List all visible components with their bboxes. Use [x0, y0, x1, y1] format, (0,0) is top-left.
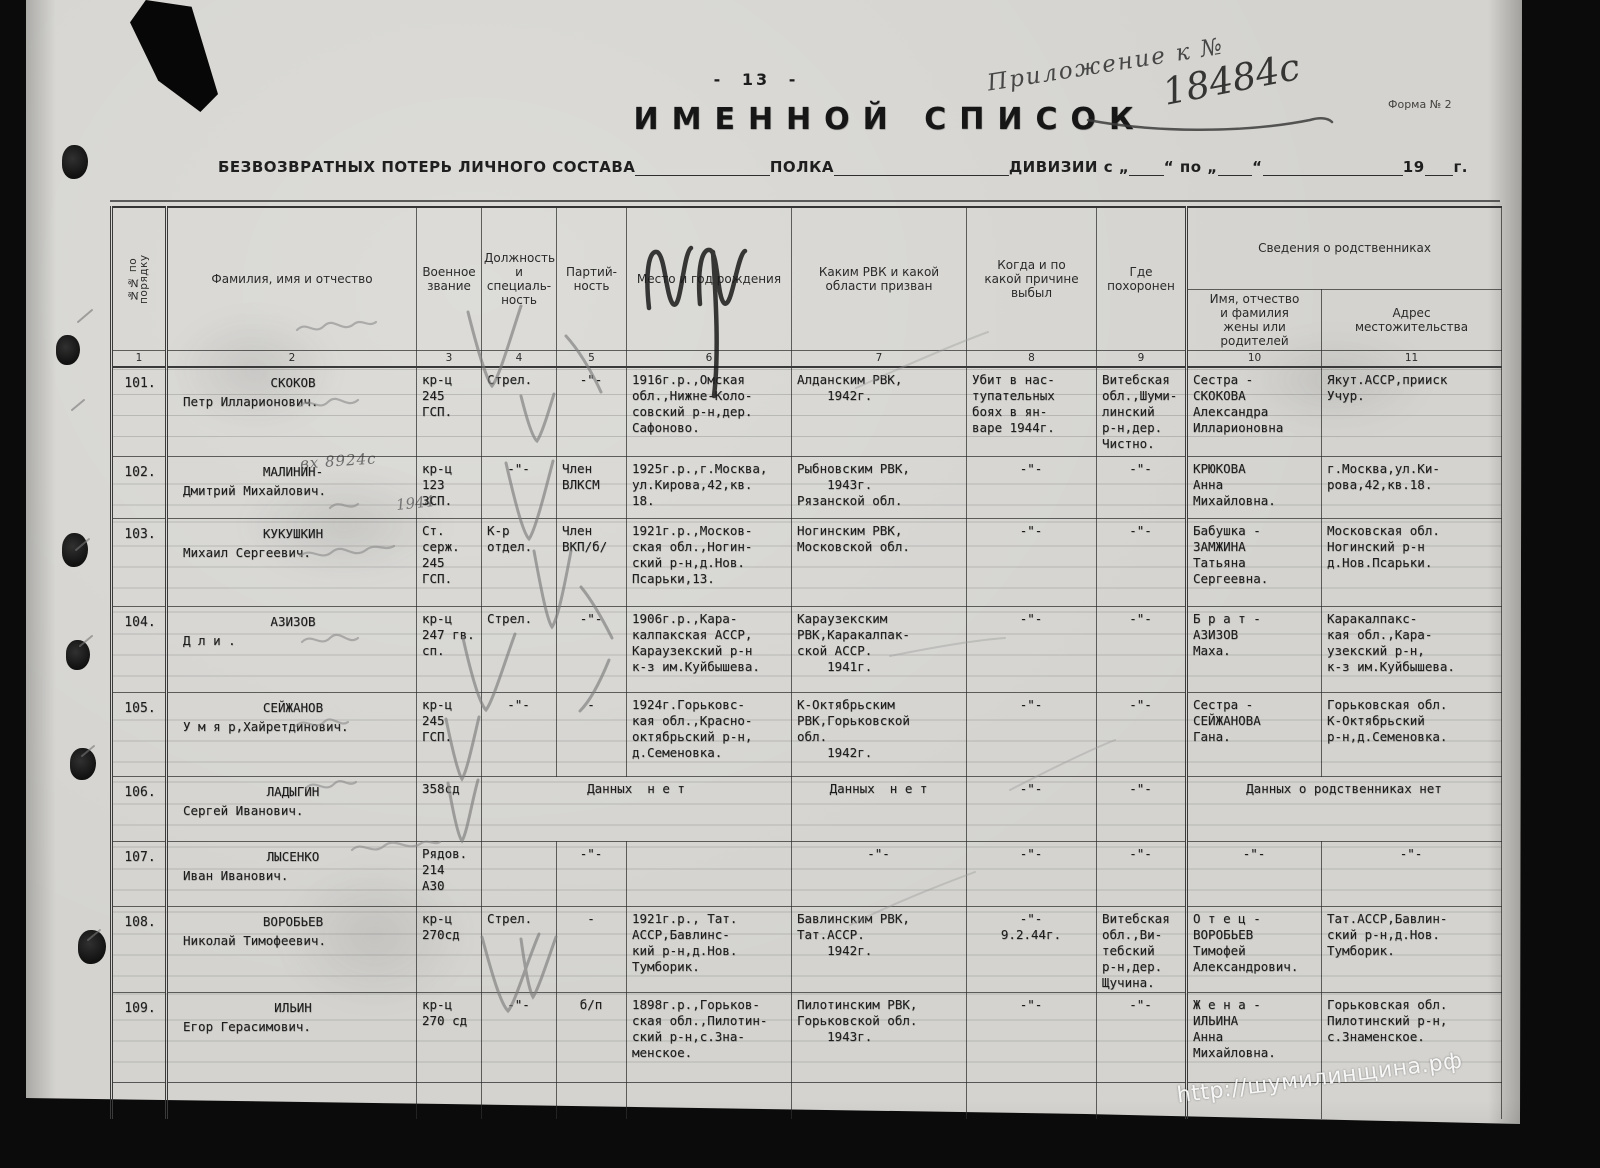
cell: Рыбновским РВК, 1943г. Рязанской обл. [792, 457, 967, 519]
cell: 102. [112, 457, 167, 519]
cell: Сестра - СКОКОВА Александра Илларионовна [1187, 367, 1322, 457]
cell: - [557, 907, 627, 993]
col-header-birth: Место и год рождения [627, 207, 792, 350]
cell: ЛАДЫГИНСергей Иванович. [167, 777, 417, 842]
cell: Стрел. [482, 607, 557, 693]
surname: СЕЙЖАНОВ [173, 697, 413, 716]
given-names: Егор Герасимович. [173, 1016, 413, 1035]
cell: -"- [1097, 993, 1187, 1083]
table-row-103: 103.КУКУШКИНМихаил Сергеевич.Ст. серж. 2… [112, 519, 1502, 607]
empty-cell [627, 1083, 792, 1119]
given-names: Сергей Иванович. [173, 800, 413, 819]
cell: Московская обл. Ногинский р-н д.Нов.Псар… [1322, 519, 1502, 607]
blank-line [1218, 159, 1253, 176]
blank-line [1129, 159, 1164, 176]
cell: Ногинским РВК, Московской обл. [792, 519, 967, 607]
cell: -"- [482, 993, 557, 1083]
col-num: 10 [1187, 350, 1322, 367]
cell: г.Москва,ул.Ки- рова,42,кв.18. [1322, 457, 1502, 519]
table-row-108: 108.ВОРОБЬЕВНиколай Тимофеевич.кр-ц 270с… [112, 907, 1502, 993]
cell: -"- [482, 693, 557, 777]
table-row-105: 105.СЕЙЖАНОВУ м я р,Хайретдинович.кр-ц 2… [112, 693, 1502, 777]
given-names: Михаил Сергеевич. [173, 542, 413, 561]
cell: ВОРОБЬЕВНиколай Тимофеевич. [167, 907, 417, 993]
cell: Стрел. [482, 907, 557, 993]
col-header-num: №№ по порядку [112, 207, 167, 350]
cell: О т е ц - ВОРОБЬЕВ Тимофей Александрович… [1187, 907, 1322, 993]
polka-label: ПОЛКА [770, 158, 834, 176]
surname: АЗИЗОВ [173, 611, 413, 630]
quote-label: “ [1252, 158, 1262, 176]
cell: -"- [1097, 457, 1187, 519]
cell: Данных о родственниках нет [1187, 777, 1502, 842]
table-row-102: 102.МАЛИНИН-Дмитрий Михайлович.кр-ц 123 … [112, 457, 1502, 519]
col-header-position: Должность и специаль- ность [482, 207, 557, 350]
losses-subtitle-line: БЕЗВОЗВРАТНЫХ ПОТЕРЬ ЛИЧНОГО СОСТАВА ПОЛ… [218, 158, 1468, 176]
cell: ИЛЬИНЕгор Герасимович. [167, 993, 417, 1083]
cell: Алданским РВК, 1942г. [792, 367, 967, 457]
cell [627, 842, 792, 907]
document-title: ИМЕННОЙ СПИСОК [570, 102, 1210, 137]
cell: кр-ц 270 сд [417, 993, 482, 1083]
cell: кр-ц 247 гв. сп. [417, 607, 482, 693]
col-num: 2 [167, 350, 417, 367]
col-num: 9 [1097, 350, 1187, 367]
cell: 103. [112, 519, 167, 607]
cell: Сестра - СЕЙЖАНОВА Гана. [1187, 693, 1322, 777]
division-label: ДИВИЗИИ с „ [1009, 158, 1129, 176]
cell: -"- [482, 457, 557, 519]
cell: 1921г.р.,Москов- ская обл.,Ногин- ский р… [627, 519, 792, 607]
relatives-header: Сведения о родственниках [1187, 207, 1502, 289]
col-num: 7 [792, 350, 967, 367]
empty-cell [792, 1083, 967, 1119]
cell: Караузекским РВК,Каракалпак- ской АССР. … [792, 607, 967, 693]
table-row-101: 101.СКОКОВПетр Илларионович.кр-ц 245 ГСП… [112, 367, 1502, 457]
blank-line [834, 159, 1009, 176]
col-num: 1 [112, 350, 167, 367]
surname: ЛАДЫГИН [173, 781, 413, 800]
col-header-address: Адрес местожительства [1322, 289, 1502, 350]
empty-cell [557, 1083, 627, 1119]
given-names: Петр Илларионович. [173, 391, 413, 410]
cell: -"- [1322, 842, 1502, 907]
cell: -"- [557, 607, 627, 693]
cell: Данных н е т [482, 777, 792, 842]
col-num: 8 [967, 350, 1097, 367]
table-top-rule [110, 200, 1500, 202]
cell: 358сд [417, 777, 482, 842]
surname: ЛЫСЕНКО [173, 846, 413, 865]
year-label: 19 [1403, 158, 1425, 176]
cell: КУКУШКИНМихаил Сергеевич. [167, 519, 417, 607]
column-number-row: 1 2 3 4 5 6 7 8 9 10 11 [112, 350, 1502, 367]
cell [482, 842, 557, 907]
blank-line [1425, 159, 1454, 176]
cell: -"- 9.2.44г. [967, 907, 1097, 993]
cell: 107. [112, 842, 167, 907]
cell: -"- [557, 842, 627, 907]
blank-line [635, 159, 769, 176]
cell: Член ВКП/б/ [557, 519, 627, 607]
cell: К-Октябрьским РВК,Горьковской обл. 1942г… [792, 693, 967, 777]
empty-cell [417, 1083, 482, 1119]
surname: СКОКОВ [173, 372, 413, 391]
blank-line [1263, 159, 1403, 176]
cell: Рядов. 214 А30 [417, 842, 482, 907]
form-label: Форма № 2 [1388, 98, 1452, 111]
cell: -"- [1187, 842, 1322, 907]
table-row-107: 107.ЛЫСЕНКОИван Иванович.Рядов. 214 А30-… [112, 842, 1502, 907]
empty-cell [1097, 1083, 1187, 1119]
cell: -"- [967, 777, 1097, 842]
col-num: 6 [627, 350, 792, 367]
cell: МАЛИНИН-Дмитрий Михайлович. [167, 457, 417, 519]
col-num: 4 [482, 350, 557, 367]
cell: -"- [967, 993, 1097, 1083]
cell: 104. [112, 607, 167, 693]
cell: Убит в нас- тупательных боях в ян- варе … [967, 367, 1097, 457]
given-names: Дмитрий Михайлович. [173, 480, 413, 499]
cell: АЗИЗОВД л и . [167, 607, 417, 693]
cell: 1921г.р., Тат. АССР,Бавлинс- кий р-н,д.Н… [627, 907, 792, 993]
empty-cell [1322, 1083, 1502, 1119]
surname: МАЛИНИН- [173, 461, 413, 480]
cell: -"- [557, 367, 627, 457]
table-row-106: 106.ЛАДЫГИНСергей Иванович.358сдДанных н… [112, 777, 1502, 842]
cell: -"- [967, 607, 1097, 693]
cell: 1906г.р.,Кара- калпакская АССР, Караузек… [627, 607, 792, 693]
cell: кр-ц 270сд [417, 907, 482, 993]
cell: 108. [112, 907, 167, 993]
col-header-name: Фамилия, имя и отчество [167, 207, 417, 350]
col-num: 5 [557, 350, 627, 367]
cell: Якут.АССР,прииск Учур. [1322, 367, 1502, 457]
cell: К-р отдел. [482, 519, 557, 607]
cell: СЕЙЖАНОВУ м я р,Хайретдинович. [167, 693, 417, 777]
cell: -"- [967, 842, 1097, 907]
cell: -"- [967, 693, 1097, 777]
god-label: г. [1453, 158, 1468, 176]
surname: ВОРОБЬЕВ [173, 911, 413, 930]
cell: - [557, 693, 627, 777]
col-num: 11 [1322, 350, 1502, 367]
cell: Ст. серж. 245 ГСП. [417, 519, 482, 607]
cell: -"- [1097, 607, 1187, 693]
casualty-table: №№ по порядку Фамилия, имя и отчество Во… [110, 206, 1502, 1119]
cell: Витебская обл.,Ви- тебский р-н,дер. Щучи… [1097, 907, 1187, 993]
cell: 1924г.Горьковс- кая обл.,Красно- октябрь… [627, 693, 792, 777]
cell: 105. [112, 693, 167, 777]
cell: -"- [967, 457, 1097, 519]
empty-cell [167, 1083, 417, 1119]
cell: Тат.АССР,Бавлин- ский р-н,д.Нов. Тумбори… [1322, 907, 1502, 993]
col-header-party: Партий- ность [557, 207, 627, 350]
col-header-rvk: Каким РВК и какой области призван [792, 207, 967, 350]
cell: -"- [1097, 693, 1187, 777]
cell: Член ВЛКСМ [557, 457, 627, 519]
cell: СКОКОВПетр Илларионович. [167, 367, 417, 457]
cell: Витебская обл.,Шуми- линский р-н,дер. Чи… [1097, 367, 1187, 457]
cell: Каракалпакс- кая обл.,Кара- узекский р-н… [1322, 607, 1502, 693]
cell: Бабушка - ЗАМЖИНА Татьяна Сергеевна. [1187, 519, 1322, 607]
cell: -"- [967, 519, 1097, 607]
cell: -"- [792, 842, 967, 907]
cell: -"- [1097, 777, 1187, 842]
col-header-reason: Когда и по какой причине выбыл [967, 207, 1097, 350]
po-label: “ по „ [1164, 158, 1218, 176]
surname: КУКУШКИН [173, 523, 413, 542]
cell: б/п [557, 993, 627, 1083]
col-header-relative: Имя, отчество и фамилия жены или родител… [1187, 289, 1322, 350]
cell: Стрел. [482, 367, 557, 457]
given-names: Д л и . [173, 630, 413, 649]
cell: КРЮКОВА Анна Михайловна. [1187, 457, 1322, 519]
cell: Горьковская обл. К-Октябрьский р-н,д.Сем… [1322, 693, 1502, 777]
casualty-table-wrap: №№ по порядку Фамилия, имя и отчество Во… [110, 206, 1500, 1119]
cell: Данных н е т [792, 777, 967, 842]
surname: ИЛЬИН [173, 997, 413, 1016]
cell: -"- [1097, 842, 1187, 907]
cell: кр-ц 245 ГСП. [417, 693, 482, 777]
cell: 1925г.р.,г.Москва, ул.Кирова,42,кв. 18. [627, 457, 792, 519]
given-names: Иван Иванович. [173, 865, 413, 884]
cell: 106. [112, 777, 167, 842]
cell: ЛЫСЕНКОИван Иванович. [167, 842, 417, 907]
table-row-104: 104.АЗИЗОВД л и .кр-ц 247 гв. сп.Стрел.-… [112, 607, 1502, 693]
cell: 109. [112, 993, 167, 1083]
cell: Пилотинским РВК, Горьковской обл. 1943г. [792, 993, 967, 1083]
cell: Бавлинским РВК, Тат.АССР. 1942г. [792, 907, 967, 993]
cell: -"- [1097, 519, 1187, 607]
col-num: 3 [417, 350, 482, 367]
col-header-rank: Военное звание [417, 207, 482, 350]
cell: 1916г.р.,Омская обл.,Нижне-Коло- совский… [627, 367, 792, 457]
cell: кр-ц 123 ЗСП. [417, 457, 482, 519]
col-header-buried: Где похоронен [1097, 207, 1187, 350]
empty-cell [112, 1083, 167, 1119]
given-names: У м я р,Хайретдинович. [173, 716, 413, 735]
cell: 1898г.р.,Горьков- ская обл.,Пилотин- ски… [627, 993, 792, 1083]
empty-cell [482, 1083, 557, 1119]
given-names: Николай Тимофеевич. [173, 930, 413, 949]
empty-cell [967, 1083, 1097, 1119]
scanned-document-page: - 13 - ИМЕННОЙ СПИСОК Форма № 2 БЕЗВОЗВР… [0, 0, 1600, 1168]
cell: Б р а т - АЗИЗОВ Маха. [1187, 607, 1322, 693]
cell: кр-ц 245 ГСП. [417, 367, 482, 457]
losses-text: БЕЗВОЗВРАТНЫХ ПОТЕРЬ ЛИЧНОГО СОСТАВА [218, 158, 635, 176]
page-number: - 13 - [676, 70, 836, 89]
cell: 101. [112, 367, 167, 457]
